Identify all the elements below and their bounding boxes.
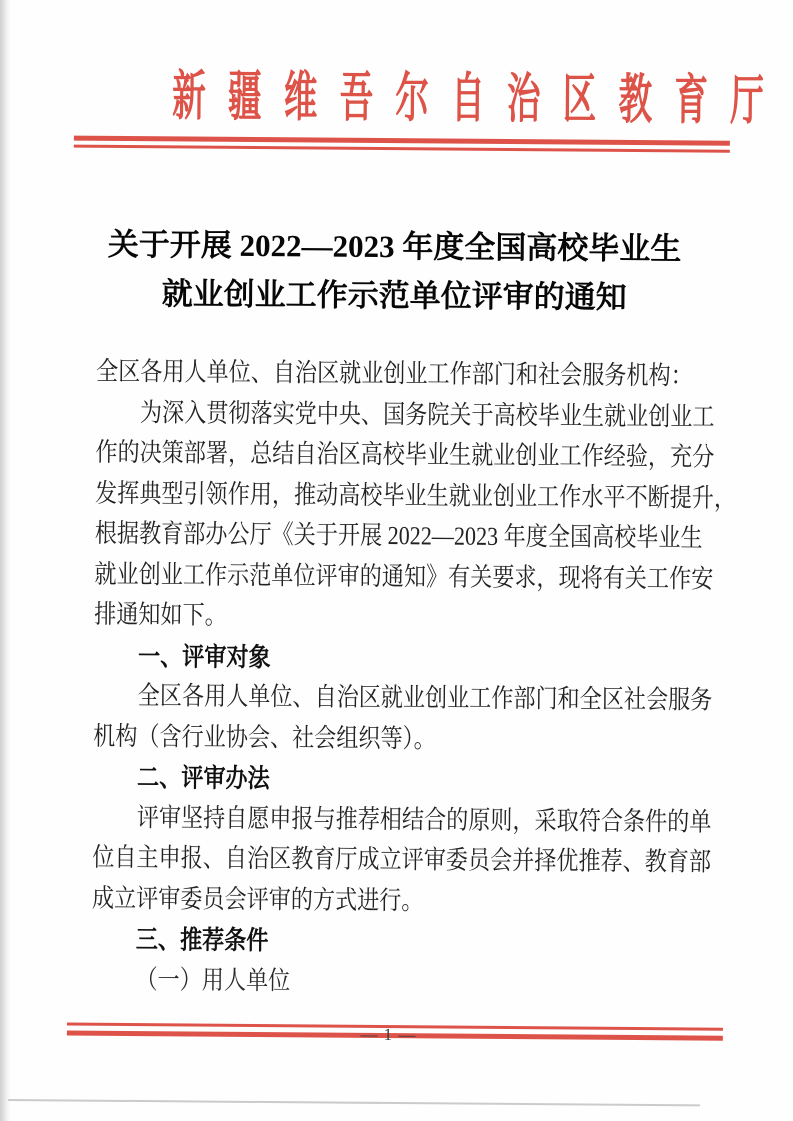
- section-1-heading: 一、评审对象: [94, 635, 715, 680]
- section-3-subheading: （一）用人单位: [91, 959, 712, 1004]
- intro-line-6: 排通知如下。: [94, 595, 715, 640]
- intro-line-1: 为深入贯彻落实党中央、国务院关于高校毕业生就业创业工: [96, 392, 717, 437]
- scanned-document-page: 新疆维吾尔自治区教育厅 关于开展 2022—2023 年度全国高校毕业生 就业创…: [0, 0, 793, 1121]
- intro-line-2: 作的决策部署，总结自治区高校毕业生就业创业工作经验，充分: [95, 433, 716, 478]
- letterhead-title: 新疆维吾尔自治区教育厅: [150, 67, 642, 129]
- section-2-line-2: 位自主申报、自治区教育厅成立评审委员会并择优推荐、教育部: [92, 838, 713, 883]
- section-2-line-3: 成立评审委员会评审的方式进行。: [92, 878, 713, 923]
- letterhead-rule-thick: [74, 136, 730, 146]
- document-content: 新疆维吾尔自治区教育厅 关于开展 2022—2023 年度全国高校毕业生 就业创…: [0, 0, 793, 1121]
- intro-line-3: 发挥典型引领作用，推动高校毕业生就业创业工作水平不断提升，: [95, 473, 716, 518]
- document-title: 关于开展 2022—2023 年度全国高校毕业生 就业创业工作示范单位评审的通知: [0, 219, 791, 323]
- intro-line-5: 就业创业工作示范单位评审的通知》有关要求，现将有关工作安: [94, 554, 715, 599]
- page-number: — 1 —: [0, 1021, 785, 1049]
- salutation-line: 全区各用人单位、自治区就业创业工作部门和社会服务机构：: [96, 352, 717, 397]
- document-title-line1: 关于开展 2022—2023 年度全国高校毕业生: [0, 219, 791, 274]
- letterhead-rule-thin: [74, 145, 730, 153]
- section-1-line-1: 全区各用人单位、自治区就业创业工作部门和全区社会服务: [93, 676, 714, 721]
- document-body: 全区各用人单位、自治区就业创业工作部门和社会服务机构： 为深入贯彻落实党中央、国…: [91, 352, 717, 1005]
- section-2-line-1: 评审坚持自愿申报与推荐相结合的原则，采取符合条件的单: [92, 797, 713, 842]
- section-2-heading: 二、评审办法: [93, 757, 714, 802]
- section-1-line-2: 机构（含行业协会、社会组织等）。: [93, 716, 714, 761]
- intro-line-4: 根据教育部办公厅《关于开展 2022—2023 年度全国高校毕业生: [95, 514, 716, 559]
- section-3-heading: 三、推荐条件: [91, 919, 712, 964]
- document-title-line2: 就业创业工作示范单位评审的通知: [0, 268, 791, 323]
